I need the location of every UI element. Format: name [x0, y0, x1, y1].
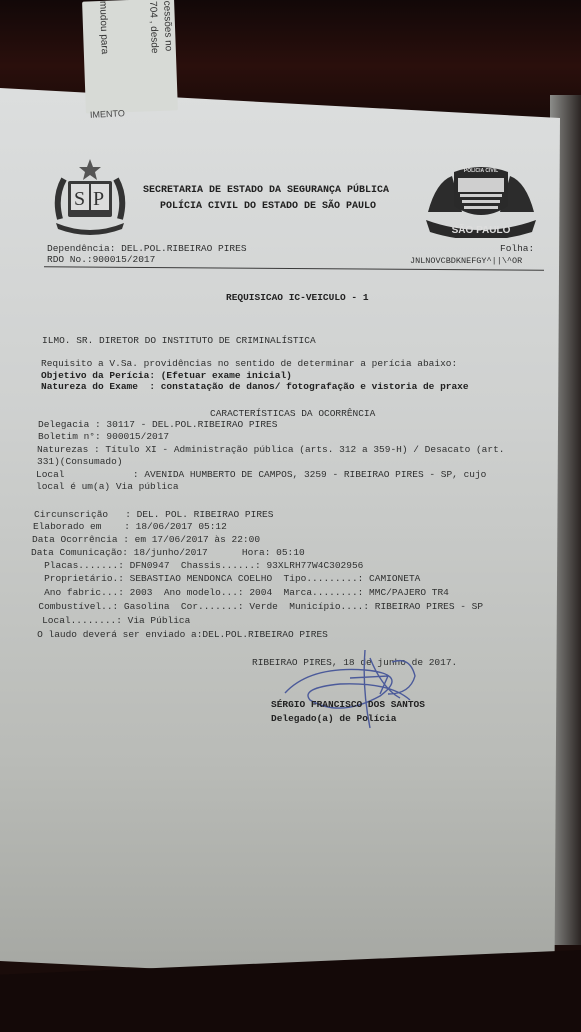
proprietario-tipo-field: Proprietário.: SEBASTIAO MENDONCA COELHO… [27, 573, 420, 585]
circunscricao-field: Circunscrição : DEL. POL. RIBEIRAO PIRES [34, 509, 273, 521]
objetivo-line: Objetivo da Perícia: (Efetuar exame inic… [41, 370, 292, 382]
local-line-2: local é um(a) Via pública [36, 481, 179, 493]
header-line-1: SECRETARIA DE ESTADO DA SEGURANÇA PÚBLIC… [143, 185, 389, 197]
data-comunicacao-field: Data Comunicação: 18/junho/2017 Hora: 05… [31, 547, 305, 559]
ano-marca-field: Ano fabric...: 2003 Ano modelo...: 2004 … [27, 587, 449, 599]
placas-chassis-field: Placas.......: DFN0947 Chassis......: 93… [27, 560, 363, 572]
signatory-role: Delegado(a) de Polícia [271, 713, 396, 725]
signatory-name: SÉRGIO FRANCISCO DOS SANTOS [271, 699, 425, 711]
tab-note-line-1: cessões no [161, 0, 174, 51]
svg-text:P: P [93, 188, 104, 210]
objetivo-label: Objetivo da Perícia: [41, 370, 155, 381]
folha-label: Folha: [500, 243, 534, 255]
dependencia-field: Dependência: DEL.POL.RIBEIRAO PIRES [47, 243, 247, 255]
svg-text:SÃO PAULO: SÃO PAULO [452, 223, 511, 236]
addressee: ILMO. SR. DIRETOR DO INSTITUTO DE CRIMIN… [42, 335, 316, 347]
tab-note-line-3: mudou para [97, 1, 110, 55]
rdo-number: RDO No.:900015/2017 [47, 254, 155, 266]
laudo-destination: O laudo deverá ser enviado a:DEL.POL.RIB… [20, 629, 328, 641]
document-code: JNLNOVCBDKNEFGY^||\^OR [410, 256, 522, 268]
document-title: REQUISICAO IC-VEICULO - 1 [226, 292, 369, 304]
svg-text:S: S [74, 188, 85, 210]
combustivel-cor-municipio-field: Combustível..: Gasolina Cor.......: Verd… [27, 601, 483, 613]
ocorrencia-heading: CARACTERÍSTICAS DA OCORRÊNCIA [210, 408, 375, 420]
policia-civil-badge-icon: POLICIA CIVIL SÃO PAULO [422, 162, 540, 238]
sticky-note-tab: cessões no 704 , desde mudou para [82, 0, 178, 114]
natureza-line: Natureza do Exame : constatação de danos… [41, 381, 469, 393]
handwritten-signature-icon [270, 648, 460, 738]
local-via-field: Local........: Via Pública [25, 615, 190, 627]
naturezas-line-2: 331)(Consumado) [37, 456, 123, 468]
tab-note-line-2: 704 , desde [147, 1, 160, 54]
objetivo-value: (Efetuar exame inicial) [155, 370, 292, 381]
boletim-field: Boletim n°: 900015/2017 [38, 431, 169, 443]
header-line-2: POLÍCIA CIVIL DO ESTADO DE SÃO PAULO [160, 201, 376, 213]
natureza-label: Natureza do Exame [41, 381, 138, 392]
svg-text:POLICIA CIVIL: POLICIA CIVIL [464, 168, 498, 174]
tab-note-bottom-label: IMENTO [90, 108, 125, 120]
delegacia-field: Delegacia : 30117 - DEL.POL.RIBEIRAO PIR… [38, 419, 277, 431]
natureza-value: : constatação de danos/ fotografação e v… [138, 381, 469, 392]
elaborado-field: Elaborado em : 18/06/2017 05:12 [33, 521, 227, 533]
sp-coat-of-arms-icon: S P [50, 157, 130, 235]
request-intro: Requisito a V.Sa. providências no sentid… [41, 358, 457, 370]
local-line-1: Local : AVENIDA HUMBERTO DE CAMPOS, 3259… [36, 469, 486, 481]
data-ocorrencia-field: Data Ocorrência : em 17/06/2017 às 22:00 [32, 534, 260, 546]
naturezas-line-1: Naturezas : Título XI - Administração pú… [37, 444, 504, 456]
